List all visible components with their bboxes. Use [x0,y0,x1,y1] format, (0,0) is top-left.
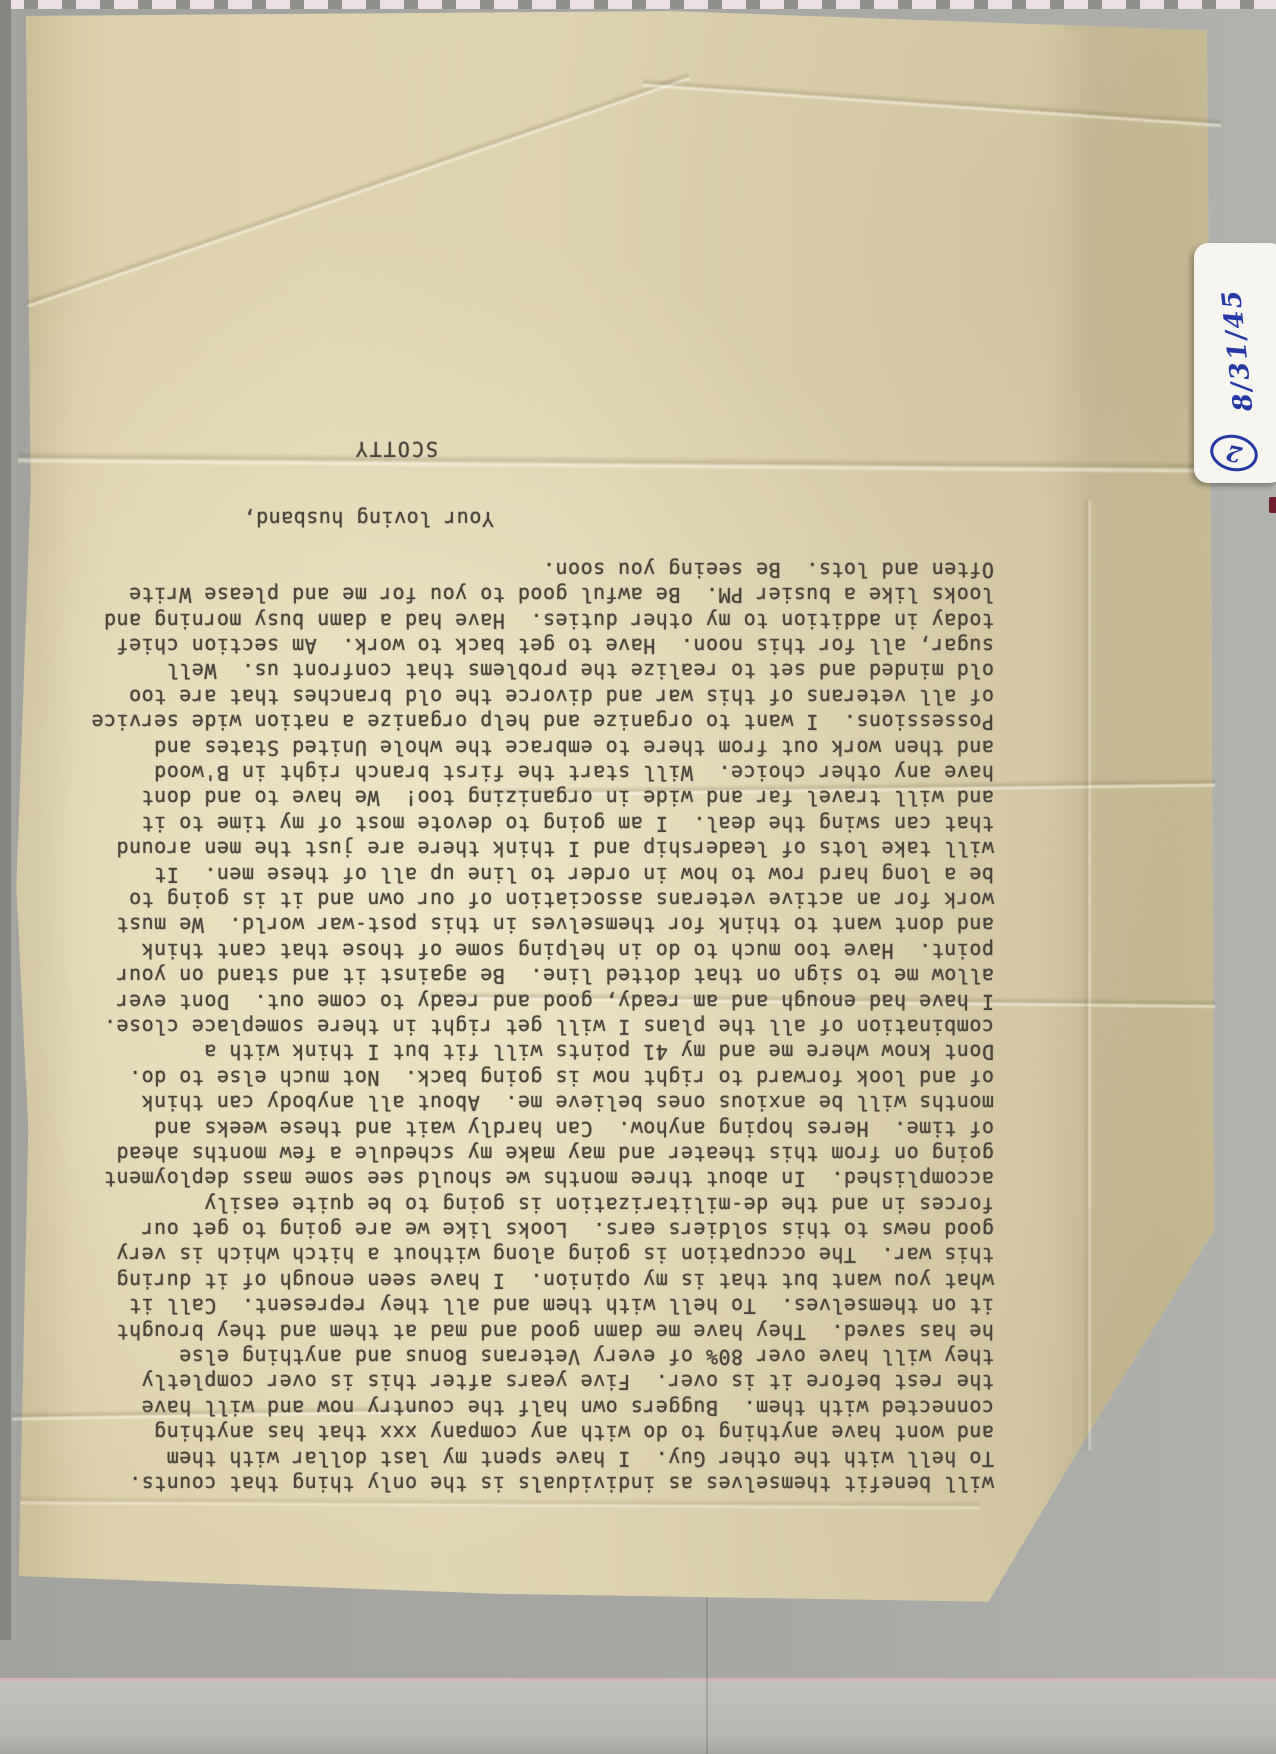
letter-line: forces in and the de-militarization is g… [108,1191,994,1216]
letter-text-upside-down: will benefit themselves as individuals i… [108,428,994,1496]
letter-line: the rest before it is over. Five years a… [108,1369,994,1394]
letter-line: be a long hard row to how in order to li… [108,861,994,886]
letter-line: of time. Heres hoping anyhow. Can hardly… [108,1115,994,1140]
letter-line: it on themselves. To hell with them and … [108,1293,994,1318]
backing-seam [706,1598,708,1754]
letter-line: looks like a busier PM. Be awful good to… [108,582,994,607]
letter-line: work for an active veterans association … [108,887,994,912]
scanned-letter-photo: will benefit themselves as individuals i… [0,0,1276,1754]
letter-line: Possessions. I want to organize and help… [108,709,994,734]
letter-line: of and look forward to right now is goin… [108,1064,994,1089]
paper-crease [1083,500,1092,1450]
letter-line: and dont want to think for themselves in… [108,912,994,937]
letter-line: that can swing the deal. I am going to d… [108,810,994,835]
letter-line: I have had enough and am ready, good and… [108,988,994,1013]
letter-line: he has saved. They have me damn good and… [108,1318,994,1343]
letter-line: Often and lots. Be seeing you soon. [108,557,994,582]
letter-line: old minded and set to realize the proble… [108,658,994,683]
letter-line: connected with them. Buggers own half th… [108,1394,994,1419]
letter-body: will benefit themselves as individuals i… [108,557,994,1496]
label-handwritten-date: 8/31/45 [1216,283,1260,417]
letter-line: what you want but that is my opinion. I … [108,1267,994,1292]
letter-line: combination of all the plans I will get … [108,1014,994,1039]
letter-line: months will be anxious ones believe me. … [108,1090,994,1115]
letter-line: and then work out from there to embrace … [108,734,994,759]
letter-line: will benefit themselves as individuals i… [108,1471,994,1496]
letter-line: will take lots of leadership and I think… [108,836,994,861]
label-circled-number: 2 [1207,430,1261,475]
letter-closing: Your loving husband, [108,505,494,530]
letter-line: going on from this theater and may make … [108,1141,994,1166]
letter-line: they will have over 80% of every Veteran… [108,1344,994,1369]
letter-signature: SCOTTY [108,436,438,461]
archive-label-sticker: 8/31/45 2 [1194,243,1276,483]
edge-red-mark [1269,497,1276,513]
letter-line: point. Have too much to do in helping so… [108,937,994,962]
letter-line: today in addition to my other duties. Ha… [108,607,994,632]
letter-line: Dont know where me and my 41 points will… [108,1039,994,1064]
backing-left-edge [0,0,11,1640]
letter-line: good news to this soldiers ears. Looks l… [108,1217,994,1242]
letter-line: this war. The occupation is going along … [108,1242,994,1267]
letter-line: accomplished. In about three months we s… [108,1166,994,1191]
letter-line: and will travel far and wide in organizi… [108,785,994,810]
backing-bottom-band [0,1678,1276,1754]
letter-line: sugar, all for this noon. Have to get ba… [108,633,994,658]
album-edge-perforation [0,0,1276,9]
letter-line: of all veterans of this war and divorce … [108,684,994,709]
letter-line: and wont have anything to do with any co… [108,1420,994,1445]
letter-line: have any other choice. Will start the fi… [108,760,994,785]
letter-line: allow me to sign on that dotted line. Be… [108,963,994,988]
letter-line: To hell with the other Guy. I have spent… [108,1445,994,1470]
